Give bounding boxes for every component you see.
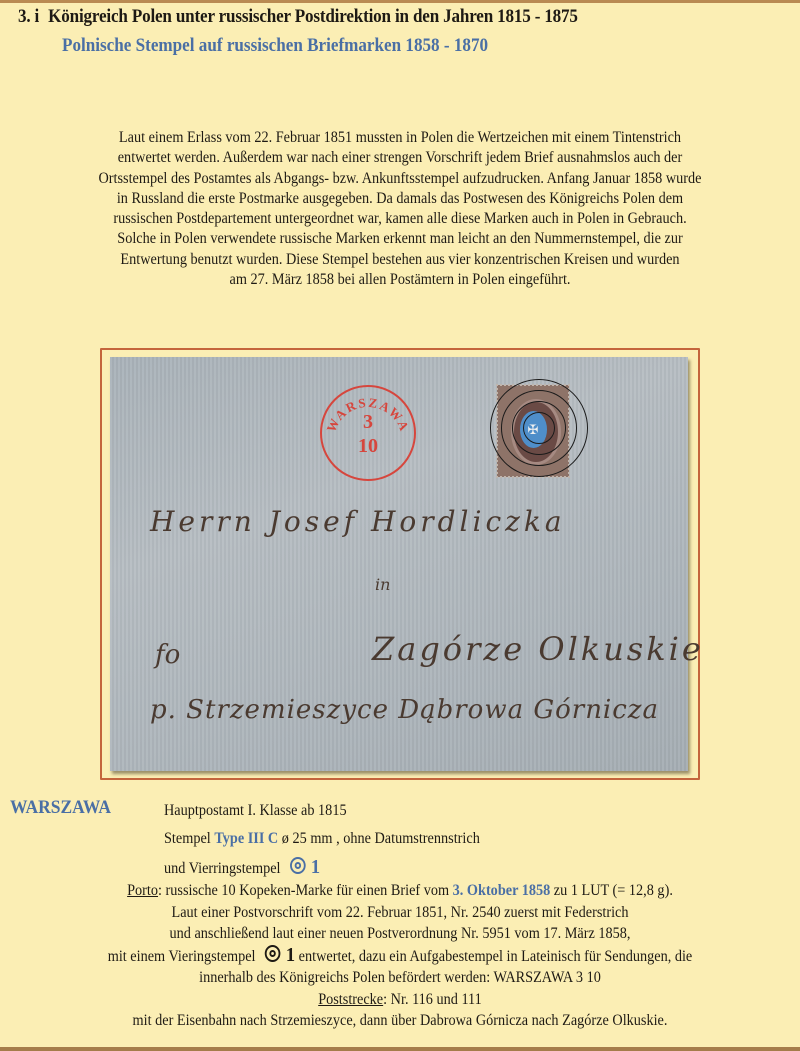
ring-cancel-icon xyxy=(265,945,281,962)
porto-line: innerhalb des Königreichs Polen beförder… xyxy=(32,967,768,989)
intro-line: entwertet werden. Außerdem war nach eine… xyxy=(50,148,749,168)
ring-cancel-line: und Vierringstempel1 xyxy=(164,856,320,879)
handwritten-route: p. Strzemieszyce Dąbrowa Górnicza xyxy=(150,695,659,725)
place-heading: WARSZAWA xyxy=(10,797,111,819)
intro-line: Entwertung benutzt wurden. Diese Stempel… xyxy=(50,250,749,270)
handwritten-destination: Zagórze Olkuskie xyxy=(372,630,704,668)
porto-section: Porto: russische 10 Kopeken-Marke für ei… xyxy=(0,880,800,1032)
intro-paragraph: Laut einem Erlass vom 22. Februar 1851 m… xyxy=(20,128,780,290)
porto-line: Porto: russische 10 Kopeken-Marke für ei… xyxy=(32,880,768,902)
intro-line: Solche in Polen verwendete russische Mar… xyxy=(50,229,749,249)
porto-line: Laut einer Postvorschrift vom 22. Februa… xyxy=(32,902,768,924)
warszawa-postmark: WARSZAWA 3 10 xyxy=(320,385,416,481)
page-bottom-edge xyxy=(0,1047,800,1051)
porto-label: Porto xyxy=(127,882,158,899)
porto-line: und anschließend laut einer neuen Postve… xyxy=(32,923,768,945)
route-line: Poststrecke: Nr. 116 und 111 xyxy=(32,989,768,1011)
porto-line: mit der Eisenbahn nach Strzemieszyce, da… xyxy=(32,1010,768,1032)
ring-cancel-number: 1 xyxy=(311,856,320,878)
letter-date: 3. Oktober 1858 xyxy=(453,882,551,899)
page-top-edge xyxy=(0,0,800,3)
intro-line: Laut einem Erlass vom 22. Februar 1851 m… xyxy=(50,128,749,148)
postmark-month: 10 xyxy=(322,435,414,458)
page-title: 3. iKönigreich Polen unter russischer Po… xyxy=(18,6,578,28)
route-label: Poststrecke xyxy=(318,991,383,1008)
intro-line: in Russland die erste Postmarke ausgegeb… xyxy=(50,189,749,209)
section-number: 3. i xyxy=(18,6,39,27)
porto-line: mit einem Vieringstempel1 entwertet, daz… xyxy=(32,945,768,968)
intro-line: am 27. März 1858 bei allen Postämtern in… xyxy=(50,270,749,290)
handwritten-note: fo xyxy=(155,640,180,670)
ring-cancel-icon xyxy=(290,857,306,874)
post-office-class: Hauptpostamt I. Klasse ab 1815 xyxy=(164,802,347,820)
four-ring-cancel xyxy=(490,379,588,477)
title-text: Königreich Polen unter russischer Postdi… xyxy=(48,6,578,27)
intro-line: Ortsstempel des Postamtes als Abgangs- b… xyxy=(50,169,749,189)
intro-line: russischen Postdepartement untergeordnet… xyxy=(50,209,749,229)
postmark-day: 3 xyxy=(322,411,414,434)
stamp-type-line: Stempel Type III C ø 25 mm , ohne Datums… xyxy=(164,830,480,848)
page-subtitle: Polnische Stempel auf russischen Briefma… xyxy=(62,35,488,57)
handwritten-addressee: Herrn Josef Hordliczka xyxy=(150,505,566,538)
handwritten-in: in xyxy=(375,575,390,594)
stamp-type: Type III C xyxy=(214,830,278,847)
